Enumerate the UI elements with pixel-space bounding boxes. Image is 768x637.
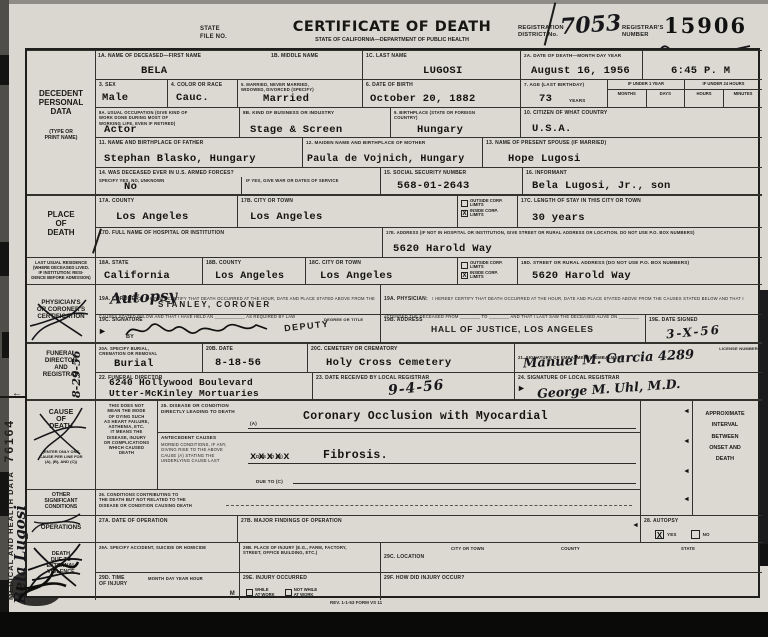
birthplace-label: 9. BIRTHPLACE (STATE OR FOREIGN COUNTRY) (394, 110, 517, 121)
field-cause-a: 25. DISEASE OR CONDITION DIRECTLY LEADIN… (157, 399, 640, 432)
certificate-title: CERTIFICATE OF DEATH (292, 19, 492, 35)
field-mother: 12. MAIDEN NAME AND BIRTHPLACE OF MOTHER… (302, 137, 482, 167)
sex-value: Male (102, 92, 128, 104)
field-name: 1A. NAME OF DECEASED—FIRST NAME 1B. MIDD… (95, 50, 362, 79)
hours-label: HOURS (685, 89, 723, 107)
ssn-label: 15. SOCIAL SECURITY NUMBER (384, 170, 519, 176)
scan-blemish (2, 332, 9, 358)
operation-findings-label: 27B. MAJOR FINDINGS OF OPERATION (241, 518, 637, 524)
field-age-under-1-year: IF UNDER 1 YEAR MONTHS DAYS (607, 79, 684, 107)
cause-b-strikeout: xxxxx (250, 451, 292, 463)
field-race: 4. COLOR OR RACE Cauc. (167, 79, 237, 107)
violence-specify-label: 29A. SPECIFY ACCIDENT, SUICIDE OR HOMICI… (99, 545, 236, 550)
how-injury-label: 29F. HOW DID INJURY OCCUR? (384, 575, 759, 581)
pod-address-value: 5620 Harold Way (393, 243, 492, 255)
business-value: Stage & Screen (250, 124, 342, 136)
field-pod-stay: 17C. LENGTH OF STAY IN THIS CITY OR TOWN… (517, 194, 762, 227)
res-outside-corp-label: OUTSIDE CORP. LIMITS (470, 261, 503, 270)
field-date-of-birth: 6. DATE OF BIRTH October 20, 1882 (362, 79, 520, 107)
field-citizenship: 10. CITIZEN OF WHAT COUNTRY U.S.A. (520, 107, 762, 137)
race-value: Cauc. (176, 92, 209, 104)
cause-a-label: 25. DISEASE OR CONDITION DIRECTLY LEADIN… (161, 403, 251, 414)
marital-value: Married (263, 93, 309, 105)
disposition-label: 20A. SPECIFY BURIAL, CREMATION OR REMOVA… (99, 346, 199, 357)
field-father: 11. NAME AND BIRTHPLACE OF FATHER Stepha… (95, 137, 302, 167)
res-street-label: 18D. STREET OR RURAL ADDRESS (DO NOT USE… (521, 260, 759, 266)
date-of-death-value: August 16, 1956 (531, 65, 630, 77)
ink-scribble (28, 296, 90, 344)
coroner-stamp: STANLEY, CORONER (158, 300, 271, 309)
informant-value: Bela Lugosi, Jr., son (532, 180, 671, 192)
first-name-value: BELA (141, 65, 167, 77)
section-residence: LAST USUAL RESIDENCE (WHERE DECEASED LIV… (27, 257, 95, 284)
business-label: 8B. KIND OF BUSINESS OR INDUSTRY (243, 110, 387, 116)
operation-date-label: 27A. DATE OF OPERATION (99, 518, 234, 524)
autopsy-no-checkbox (691, 530, 700, 539)
last-name-label: 1C. LAST NAME (366, 53, 517, 59)
injury-time-sub-label: MONTH DAY YEAR HOUR (148, 576, 203, 581)
certificate-subtitle: STATE OF CALIFORNIA—DEPARTMENT OF PUBLIC… (277, 37, 507, 43)
res-inside-corp-checkbox: X (461, 272, 468, 279)
field-date-signed: 19E. DATE SIGNED 3-X-56 (645, 314, 762, 342)
not-while-at-work-label: NOT WHILE AT WORK (294, 588, 318, 597)
middle-name-label: 1B. MIDDLE NAME (271, 53, 318, 59)
cemetery-value: Holy Cross Cemetery (326, 357, 451, 369)
field-res-city: 18C. CITY OR TOWN Los Angeles (305, 257, 457, 284)
field-age-under-24-hours: IF UNDER 24 HOURS HOURS MINUTES (684, 79, 762, 107)
field-occupation: 8A. USUAL OCCUPATION (GIVE KIND OF WORK … (95, 107, 239, 137)
disposition-date-label: 20B. DATE (206, 346, 304, 352)
field-how-injury: 29F. HOW DID INJURY OCCUR? (380, 572, 762, 600)
field-injury-occurred: 29E. INJURY OCCURRED WHILE AT WORK NOT W… (239, 572, 380, 600)
funeral-director-value: 6240 Hollywood Boulevard Utter-McKinley … (109, 378, 259, 399)
pod-city-label: 17B. CITY OR TOWN (241, 198, 454, 204)
cause-a-tag: (A) (250, 421, 257, 427)
field-coroner-certification: 19A. CORONER: I HEREBY CERTIFY THAT DEAT… (95, 284, 380, 314)
section-decedent-sub: (TYPE OR PRINT NAME) (27, 129, 95, 141)
marital-label: 5. MARRIED, NEVER MARRIED, WIDOWED, DIVO… (241, 82, 359, 93)
field-physician-certification: 19A. PHYSICIAN: I HEREBY CERTIFY THAT DE… (380, 284, 762, 314)
field-injury-time: 29D. TIME OF INJURY MONTH DAY YEAR HOUR … (95, 572, 239, 600)
father-value: Stephan Blasko, Hungary (104, 153, 256, 165)
date-of-birth-value: October 20, 1882 (370, 93, 476, 105)
antecedent-label: ANTECEDENT CAUSES (161, 435, 637, 441)
by-label: BY (126, 334, 134, 341)
certifier-address-label: 19B. ADDRESS (384, 317, 642, 323)
arrow-left-icon: ◄ (683, 408, 690, 415)
location-county-label: COUNTY (561, 546, 580, 551)
section-place-of-death: PLACE OF DEATH (27, 194, 95, 257)
age-label: 7. AGE (LAST BIRTHDAY) (524, 82, 604, 88)
signature-scribble (124, 319, 269, 341)
while-at-work-checkbox (246, 589, 253, 596)
autopsy-label: 28. AUTOPSY (644, 518, 759, 524)
pod-outside-corp-checkbox (461, 200, 468, 207)
hour-of-death-value: 6:45 P. M (671, 65, 730, 77)
date-signed-value: 3-X-56 (665, 323, 721, 342)
rule-line (226, 505, 632, 506)
field-embalmer: 21. SIGNATURE OF EMBALMER (IF EMBALMED) … (514, 342, 762, 372)
field-marital-status: 5. MARRIED, NEVER MARRIED, WIDOWED, DIVO… (237, 79, 362, 107)
arrow-left-icon: ◄ (683, 496, 690, 503)
field-spouse: 13. NAME OF PRESENT SPOUSE (IF MARRIED) … (482, 137, 762, 167)
field-date-received: 23. DATE RECEIVED BY LOCAL REGISTRAR 9-4… (312, 372, 514, 399)
field-injury-location: 29C. LOCATION CITY OR TOWN COUNTY STATE (380, 542, 762, 572)
citizenship-value: U.S.A. (532, 123, 572, 135)
field-pod-corp-limits: OUTSIDE CORP. LIMITS XINSIDE CORP. LIMIT… (457, 194, 517, 227)
scanned-death-certificate: { "header": { "state_file": "STATE\nFILE… (0, 0, 768, 637)
res-city-value: Los Angeles (320, 270, 393, 282)
field-injury-place: 29B. PLACE OF INJURY (E.G., FARM, FACTOR… (239, 542, 380, 572)
section-decedent: DECEDENT PERSONAL DATA (TYPE OR PRINT NA… (27, 50, 95, 194)
field-cemetery: 20C. CEMETERY OR CREMATORY Holy Cross Ce… (307, 342, 514, 372)
field-pod-address: 17E. ADDRESS (IF NOT IN HOSPITAL OR INST… (382, 227, 762, 257)
certifier-address-value: HALL OF JUSTICE, LOS ANGELES (431, 324, 594, 334)
under-1-year-label: IF UNDER 1 YEAR (608, 80, 684, 86)
rule-line (248, 428, 636, 429)
arrow-left-icon: ← (12, 388, 22, 399)
margin-stamp-number: 76164 (2, 419, 16, 462)
field-ssn: 15. SOCIAL SECURITY NUMBER 568-01-2643 (380, 167, 522, 194)
field-birthplace: 9. BIRTHPLACE (STATE OR FOREIGN COUNTRY)… (390, 107, 520, 137)
pod-stay-value: 30 years (532, 212, 585, 224)
autopsy-no-label: NO (703, 532, 710, 538)
ink-scribble (30, 512, 82, 536)
field-informant: 16. INFORMANT Bela Lugosi, Jr., son (522, 167, 762, 194)
section-funeral: FUNERAL DIRECTOR AND REGISTRAR (27, 342, 95, 399)
cause-b-value: Fibrosis. (323, 449, 388, 462)
field-disposition: 20A. SPECIFY BURIAL, CREMATION OR REMOVA… (95, 342, 202, 372)
field-certifier-address: 19B. ADDRESS HALL OF JUSTICE, LOS ANGELE… (380, 314, 645, 342)
field-last-name: 1C. LAST NAME LUGOSI (362, 50, 520, 79)
ssn-value: 568-01-2643 (397, 180, 470, 192)
res-outside-corp-checkbox (461, 262, 468, 269)
section-residence-label: LAST USUAL RESIDENCE (WHERE DECEASED LIV… (27, 260, 95, 280)
res-city-label: 18C. CITY OR TOWN (309, 260, 454, 266)
pod-inside-corp-label: INSIDE CORP. LIMITS (470, 209, 498, 218)
section-place-label: PLACE OF DEATH (27, 210, 95, 237)
disposition-value: Burial (114, 358, 154, 370)
field-res-street: 18D. STREET OR RURAL ADDRESS (DO NOT USE… (517, 257, 762, 284)
section-funeral-label: FUNERAL DIRECTOR AND REGISTRAR (27, 350, 95, 378)
cause-note-text: THIS DOES NOT MEAN THE MODE OF DYING SUC… (99, 403, 154, 456)
margin-handwritten-date: 8-29-56 (70, 351, 83, 398)
armed-forces-label: 14. WAS DECEASED EVER IN U.S. ARMED FORC… (99, 170, 377, 176)
minutes-label: MINUTES (723, 89, 762, 107)
certificate-form: DECEDENT PERSONAL DATA (TYPE OR PRINT NA… (25, 48, 760, 598)
field-pod-city: 17B. CITY OR TOWN Los Angeles (237, 194, 457, 227)
field-registrar-signature: 24. SIGNATURE OF LOCAL REGISTRAR ► Georg… (514, 372, 762, 399)
field-funeral-director: 22. FUNERAL DIRECTOR 6240 Hollywood Boul… (95, 372, 312, 399)
field-business: 8B. KIND OF BUSINESS OR INDUSTRY Stage &… (239, 107, 390, 137)
field-hour-of-death: 6:45 P. M (642, 50, 762, 79)
scan-blemish (0, 242, 9, 276)
field-signature: 19C. SIGNATURE ► BY DEPUTY DEGREE OR TIT… (95, 314, 380, 342)
res-street-value: 5620 Harold Way (532, 270, 631, 282)
sex-label: 3. SEX (99, 82, 164, 88)
field-cause-c: DUE TO (C) (157, 467, 640, 489)
form-revision-note: REV. 1-1-53 FORM VS 11 (330, 600, 382, 605)
arrow-left-icon: ◄ (683, 468, 690, 475)
embalmer-signature: Manuel M. Garcia 4289 (523, 348, 695, 372)
section-other-label: OTHER SIGNIFICANT CONDITIONS (27, 492, 95, 510)
while-at-work-label: WHILE AT WORK (255, 588, 275, 597)
registrar-number-label: REGISTRAR'S NUMBER (622, 25, 664, 39)
divider (241, 177, 242, 194)
injury-location-label: 29C. LOCATION (384, 554, 424, 560)
interval-label: APPROXIMATE INTERVAL BETWEEN ONSET AND D… (693, 409, 757, 466)
field-operation-findings: 27B. MAJOR FINDINGS OF OPERATION (237, 515, 640, 542)
field-disposition-date: 20B. DATE 8-18-56 (202, 342, 307, 372)
months-label: MONTHS (608, 89, 646, 107)
pod-city-value: Los Angeles (250, 211, 323, 223)
res-state-value: California (104, 270, 170, 282)
armed-forces-ifyes-label: IF YES, GIVE WAR OR DATES OF SERVICE (246, 178, 339, 183)
armed-forces-value: No (124, 181, 137, 193)
res-state-label: 18A. STATE (99, 260, 199, 266)
father-label: 11. NAME AND BIRTHPLACE OF FATHER (99, 140, 299, 146)
occupation-value: Actor (104, 124, 137, 136)
race-label: 4. COLOR OR RACE (171, 82, 234, 88)
mother-value: Paula de Vojnich, Hungary (307, 154, 465, 165)
physician-label: 19A. PHYSICIAN: (384, 296, 428, 302)
ink-scribble (32, 402, 88, 464)
field-other-conditions: 26. CONDITIONS CONTRIBUTING TO THE DEATH… (95, 489, 640, 515)
field-date-of-death: 2A. DATE OF DEATH—MONTH DAY YEAR August … (520, 50, 642, 79)
age-value: 73 (539, 93, 552, 105)
injury-place-label: 29B. PLACE OF INJURY (E.G., FARM, FACTOR… (243, 545, 377, 556)
location-city-label: CITY OR TOWN (451, 546, 484, 551)
cause-note: THIS DOES NOT MEAN THE MODE OF DYING SUC… (95, 399, 157, 489)
pod-county-label: 17A. COUNTY (99, 198, 234, 204)
field-res-state: 18A. STATE California (95, 257, 202, 284)
last-name-value: LUGOSI (423, 65, 463, 77)
arrow-left-icon: ◄ (683, 438, 690, 445)
field-cause-b: ANTECEDENT CAUSES MORBID CONDITIONS, IF … (157, 432, 640, 467)
field-armed-forces: 14. WAS DECEASED EVER IN U.S. ARMED FORC… (95, 167, 380, 194)
age-unit-label: YEARS (569, 98, 586, 104)
res-inside-corp-label: INSIDE CORP. LIMITS (470, 271, 498, 280)
pod-hospital-label: 17D. FULL NAME OF HOSPITAL OR INSTITUTIO… (99, 230, 379, 236)
cause-c-tag: DUE TO (C) (256, 479, 283, 485)
interval-label-column: APPROXIMATE INTERVAL BETWEEN ONSET AND D… (692, 399, 762, 515)
not-while-at-work-checkbox (285, 589, 292, 596)
birthplace-value: Hungary (417, 124, 463, 136)
mother-label: 12. MAIDEN NAME AND BIRTHPLACE OF MOTHER (306, 140, 479, 146)
scan-blemish (0, 55, 9, 85)
name-label: 1A. NAME OF DECEASED—FIRST NAME (98, 53, 201, 59)
field-autopsy: 28. AUTOPSY X YES NO (640, 515, 762, 542)
rule-line (248, 463, 636, 464)
injury-occurred-label: 29E. INJURY OCCURRED (243, 575, 377, 581)
field-res-county: 18B. COUNTY Los Angeles (202, 257, 305, 284)
under-24-hours-label: IF UNDER 24 HOURS (685, 80, 762, 86)
field-violence-specify: 29A. SPECIFY ACCIDENT, SUICIDE OR HOMICI… (95, 542, 239, 572)
registration-district-label: REGISTRATION DISTRICT No. (518, 25, 564, 39)
license-number-label: LICENSE NUMBER (719, 346, 758, 351)
scan-bottom-band (0, 612, 768, 637)
days-label: DAYS (646, 89, 685, 107)
informant-label: 16. INFORMANT (526, 170, 759, 176)
field-pod-hospital: 17D. FULL NAME OF HOSPITAL OR INSTITUTIO… (95, 227, 382, 257)
date-signed-label: 19E. DATE SIGNED (649, 317, 759, 323)
degree-title-label: DEGREE OR TITLE (324, 317, 363, 322)
registration-district-value: 7053 (559, 10, 622, 40)
arrow-right-icon: ► (517, 383, 526, 393)
autopsy-yes-label: YES (667, 532, 677, 538)
rule-line (293, 483, 636, 484)
res-county-value: Los Angeles (215, 271, 284, 282)
cause-a-value: Coronary Occlusion with Myocardial (303, 410, 548, 423)
field-operation-date: 27A. DATE OF OPERATION (95, 515, 237, 542)
location-state-label: STATE (681, 546, 695, 551)
pod-outside-corp-label: OUTSIDE CORP. LIMITS (470, 199, 503, 208)
antecedent-text: MORBID CONDITIONS, IF ANY, GIVING RISE T… (161, 442, 227, 463)
pod-county-value: Los Angeles (116, 211, 189, 223)
pod-stay-label: 17C. LENGTH OF STAY IN THIS CITY OR TOWN (521, 198, 759, 204)
state-file-label: STATE FILE NO. (200, 26, 227, 41)
field-sex: 3. SEX Male (95, 79, 167, 107)
spouse-value: Hope Lugosi (508, 153, 581, 165)
arrow-right-icon: ► (98, 326, 107, 336)
spouse-label: 13. NAME OF PRESENT SPOUSE (IF MARRIED) (486, 140, 759, 146)
autopsy-yes-checkbox: X (655, 530, 664, 539)
registrar-number-value: 15906 (664, 13, 747, 38)
meridiem-label: M (230, 591, 235, 599)
injury-time-label: 29D. TIME OF INJURY (99, 575, 141, 588)
pod-inside-corp-checkbox: X (461, 210, 468, 217)
date-of-birth-label: 6. DATE OF BIRTH (366, 82, 517, 88)
citizenship-label: 10. CITIZEN OF WHAT COUNTRY (524, 110, 759, 116)
disposition-date-value: 8-18-56 (215, 357, 261, 369)
ink-scribble (14, 552, 80, 608)
res-county-label: 18B. COUNTY (206, 260, 302, 266)
pod-address-label: 17E. ADDRESS (IF NOT IN HOSPITAL OR INST… (386, 230, 746, 235)
field-age: 7. AGE (LAST BIRTHDAY) 73 YEARS (520, 79, 607, 107)
field-pod-county: 17A. COUNTY Los Angeles (95, 194, 237, 227)
cemetery-label: 20C. CEMETERY OR CREMATORY (311, 346, 511, 352)
field-res-corp-limits: OUTSIDE CORP. LIMITS XINSIDE CORP. LIMIT… (457, 257, 517, 284)
date-of-death-label: 2A. DATE OF DEATH—MONTH DAY YEAR (524, 53, 639, 59)
section-decedent-label: DECEDENT PERSONAL DATA (27, 89, 95, 116)
